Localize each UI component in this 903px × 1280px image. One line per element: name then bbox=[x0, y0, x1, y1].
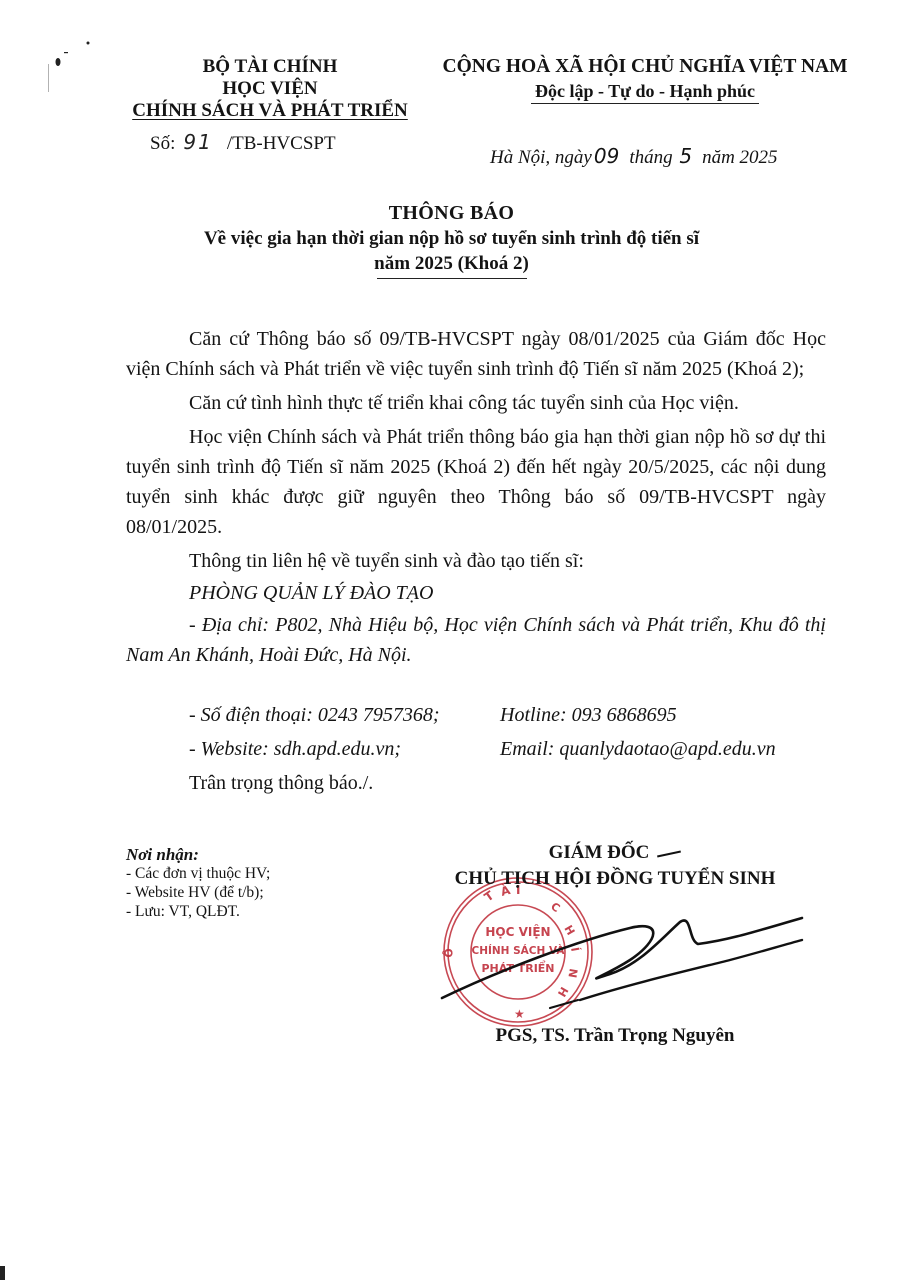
initial-mark bbox=[657, 850, 681, 857]
contact-address: - Địa chỉ: P802, Nhà Hiệu bộ, Học viện C… bbox=[126, 610, 826, 670]
signatory-title: GIÁM ĐỐC CHỦ TỊCH HỘI ĐỒNG TUYỂN SINH bbox=[420, 840, 810, 892]
institute-name-line1: HỌC VIỆN bbox=[110, 78, 430, 100]
doc-number-suffix: /TB-HVCSPT bbox=[227, 133, 336, 154]
recipient-item: - Lưu: VT, QLĐT. bbox=[126, 902, 270, 921]
doc-number-label: Số: bbox=[150, 133, 175, 154]
recipients-list: Nơi nhận: - Các đơn vị thuộc HV; - Websi… bbox=[126, 845, 270, 921]
signatory-name: PGS, TS. Trần Trọng Nguyên bbox=[420, 1025, 810, 1047]
paragraph-legal-basis-2: Căn cứ tình hình thực tế triển khai công… bbox=[126, 388, 826, 418]
nation-name: CỘNG HOÀ XÃ HỘI CHỦ NGHĨA VIỆT NAM bbox=[430, 56, 860, 78]
month-label: tháng bbox=[629, 147, 672, 168]
office-name: PHÒNG QUẢN LÝ ĐÀO TẠO bbox=[126, 578, 826, 608]
title-subject-line2: năm 2025 (Khoá 2) bbox=[0, 251, 903, 276]
recipient-item: - Website HV (để t/b); bbox=[126, 883, 270, 902]
contact-phone: - Số điện thoại: 0243 7957368; bbox=[189, 704, 440, 727]
institute-name-line2: CHÍNH SÁCH VÀ PHÁT TRIỂN bbox=[110, 100, 430, 122]
contact-email[interactable]: Email: quanlydaotao@apd.edu.vn bbox=[500, 738, 776, 761]
body: Căn cứ Thông báo số 09/TB-HVCSPT ngày 08… bbox=[126, 324, 826, 670]
date-prefix: Hà Nội, ngày bbox=[490, 147, 592, 168]
title-underline bbox=[377, 278, 527, 279]
document-number: Số:91/TB-HVCSPT bbox=[150, 130, 336, 155]
paragraph-announcement: Học viện Chính sách và Phát triển thông … bbox=[126, 422, 826, 542]
issuing-authority: BỘ TÀI CHÍNH HỌC VIỆN CHÍNH SÁCH VÀ PHÁT… bbox=[110, 56, 430, 122]
national-header: CỘNG HOÀ XÃ HỘI CHỦ NGHĨA VIỆT NAM Độc l… bbox=[430, 56, 860, 104]
handwritten-signature bbox=[430, 900, 810, 1010]
recipient-item: - Các đơn vị thuộc HV; bbox=[126, 864, 270, 883]
national-motto: Độc lập - Tự do - Hạnh phúc bbox=[531, 81, 759, 104]
date-line: Hà Nội, ngày09tháng 5năm 2025 bbox=[490, 144, 778, 169]
day-handwritten: 09 bbox=[594, 144, 619, 168]
title-main: THÔNG BÁO bbox=[0, 200, 903, 226]
paragraph-legal-basis-1: Căn cứ Thông báo số 09/TB-HVCSPT ngày 08… bbox=[126, 324, 826, 384]
contact-hotline: Hotline: 093 6868695 bbox=[500, 704, 677, 727]
title-subject-line1: Về việc gia hạn thời gian nộp hồ sơ tuyể… bbox=[0, 226, 903, 251]
signatory-title-line2: CHỦ TỊCH HỘI ĐỒNG TUYỂN SINH bbox=[420, 866, 810, 892]
contact-intro: Thông tin liên hệ về tuyển sinh và đào t… bbox=[126, 546, 826, 576]
recipients-heading: Nơi nhận: bbox=[126, 845, 270, 864]
contact-website[interactable]: - Website: sdh.apd.edu.vn; bbox=[189, 738, 401, 761]
month-handwritten: 5 bbox=[679, 144, 692, 168]
ministry-name: BỘ TÀI CHÍNH bbox=[110, 56, 430, 78]
signatory-title-line1: GIÁM ĐỐC bbox=[420, 840, 810, 866]
year-text: năm 2025 bbox=[702, 147, 777, 168]
document-title: THÔNG BÁO Về việc gia hạn thời gian nộp … bbox=[0, 200, 903, 279]
closing-line: Trân trọng thông báo./. bbox=[189, 772, 373, 795]
doc-number-handwritten: 91 bbox=[183, 130, 212, 154]
